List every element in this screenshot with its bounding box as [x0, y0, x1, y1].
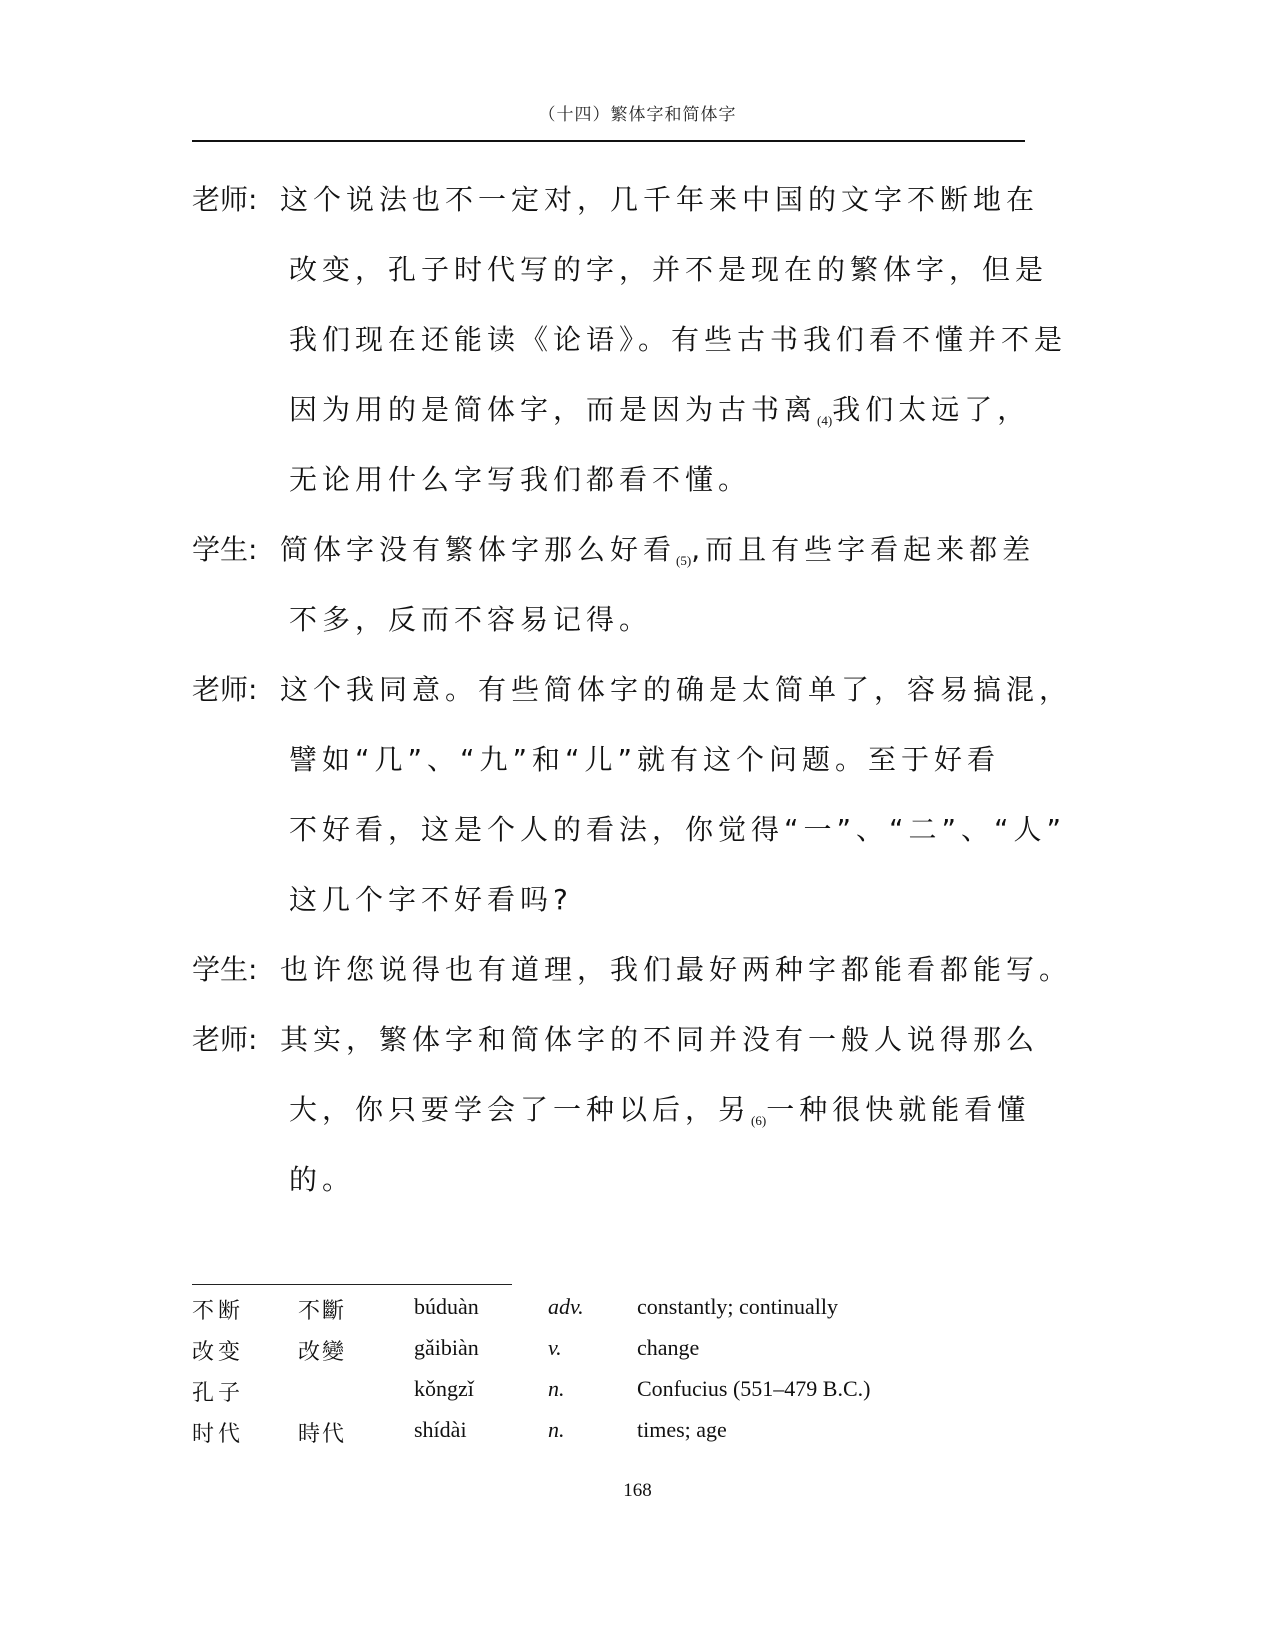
dialogue-turn-teacher: 老师: 其实，繁体字和简体字的不同并没有一般人说得那么 大，你只要学会了一种以后…	[192, 1005, 1032, 1215]
dialogue-turn-student: 学生: 也许您说得也有道理，我们最好两种字都能看都能写。	[192, 935, 1032, 1005]
dialogue-line: 改变，孔子时代写的字，并不是现在的繁体字，但是	[192, 235, 1032, 305]
dialogue-line: 这个说法也不一定对，几千年来中国的文字不断地在	[192, 165, 1032, 235]
definition: times; age	[637, 1417, 727, 1443]
part-of-speech: n.	[548, 1417, 565, 1443]
pinyin: kǒngzǐ	[414, 1376, 474, 1402]
dialogue-line: 譬如“几”、“九”和“儿”就有这个问题。至于好看	[192, 725, 1032, 795]
speaker-label: 老师:	[192, 1005, 257, 1075]
dialogue-turn-student: 学生: 简体字没有繁体字那么好看(5),而且有些字看起来都差 不多，反而不容易记…	[192, 515, 1032, 655]
vocabulary-list: 不断 不斷 búduàn adv. constantly; continuall…	[192, 1290, 992, 1454]
speaker-label: 学生:	[192, 515, 257, 585]
speaker-label: 老师:	[192, 165, 257, 235]
line-text: 我们太远了，	[832, 393, 1030, 426]
line-text: 一种很快就能看懂	[766, 1093, 1030, 1126]
pinyin: gǎibiàn	[414, 1335, 479, 1361]
dialogue-line: 这个我同意。有些简体字的确是太简单了，容易搞混，	[192, 655, 1032, 725]
definition: constantly; continually	[637, 1294, 838, 1320]
dialogue-line: 简体字没有繁体字那么好看(5),而且有些字看起来都差	[192, 515, 1032, 585]
page-number: 168	[0, 1480, 1275, 1502]
dialogue-body: 老师: 这个说法也不一定对，几千年来中国的文字不断地在 改变，孔子时代写的字，并…	[192, 165, 1032, 1215]
footnote-marker: (6)	[751, 1113, 766, 1128]
simplified-form: 时代	[192, 1417, 244, 1448]
traditional-form: 改變	[298, 1335, 346, 1366]
vocabulary-entry: 孔子 kǒngzǐ n. Confucius (551–479 B.C.)	[192, 1372, 992, 1413]
part-of-speech: v.	[548, 1335, 562, 1361]
vocabulary-rule	[192, 1284, 512, 1285]
definition: Confucius (551–479 B.C.)	[637, 1376, 870, 1402]
simplified-form: 不断	[192, 1294, 244, 1325]
running-header-title: （十四）繁体字和简体字	[0, 100, 1275, 125]
line-text: 因为用的是简体字，而是因为古书离	[289, 393, 817, 426]
line-text: ,而且有些字看起来都差	[691, 533, 1035, 566]
traditional-form: 不斷	[298, 1294, 346, 1325]
dialogue-line: 不多，反而不容易记得。	[192, 585, 1032, 655]
definition: change	[637, 1335, 699, 1361]
speaker-label: 老师:	[192, 655, 257, 725]
simplified-form: 改变	[192, 1335, 244, 1366]
dialogue-line: 其实，繁体字和简体字的不同并没有一般人说得那么	[192, 1005, 1032, 1075]
dialogue-line: 大，你只要学会了一种以后，另(6)一种很快就能看懂	[192, 1075, 1032, 1145]
vocabulary-entry: 时代 時代 shídài n. times; age	[192, 1413, 992, 1454]
simplified-form: 孔子	[192, 1376, 244, 1407]
dialogue-line: 无论用什么字写我们都看不懂。	[192, 445, 1032, 515]
vocabulary-entry: 不断 不斷 búduàn adv. constantly; continuall…	[192, 1290, 992, 1331]
dialogue-line: 也许您说得也有道理，我们最好两种字都能看都能写。	[192, 935, 1032, 1005]
vocabulary-entry: 改变 改變 gǎibiàn v. change	[192, 1331, 992, 1372]
dialogue-line: 我们现在还能读《论语》。有些古书我们看不懂并不是	[192, 305, 1032, 375]
line-text: 简体字没有繁体字那么好看	[280, 533, 676, 566]
dialogue-turn-teacher: 老师: 这个我同意。有些简体字的确是太简单了，容易搞混， 譬如“几”、“九”和“…	[192, 655, 1032, 935]
dialogue-turn-teacher: 老师: 这个说法也不一定对，几千年来中国的文字不断地在 改变，孔子时代写的字，并…	[192, 165, 1032, 515]
dialogue-line: 这几个字不好看吗?	[192, 865, 1032, 935]
header-rule	[192, 140, 1025, 142]
pinyin: búduàn	[414, 1294, 479, 1320]
pinyin: shídài	[414, 1417, 467, 1443]
line-text: 大，你只要学会了一种以后，另	[289, 1093, 751, 1126]
dialogue-line: 的。	[192, 1145, 1032, 1215]
footnote-marker: (5)	[676, 553, 691, 568]
part-of-speech: n.	[548, 1376, 565, 1402]
part-of-speech: adv.	[548, 1294, 584, 1320]
dialogue-line: 因为用的是简体字，而是因为古书离(4)我们太远了，	[192, 375, 1032, 445]
dialogue-line: 不好看，这是个人的看法，你觉得“一”、“二”、“人”	[192, 795, 1032, 865]
traditional-form: 時代	[298, 1417, 346, 1448]
footnote-marker: (4)	[817, 413, 832, 428]
speaker-label: 学生:	[192, 935, 257, 1005]
